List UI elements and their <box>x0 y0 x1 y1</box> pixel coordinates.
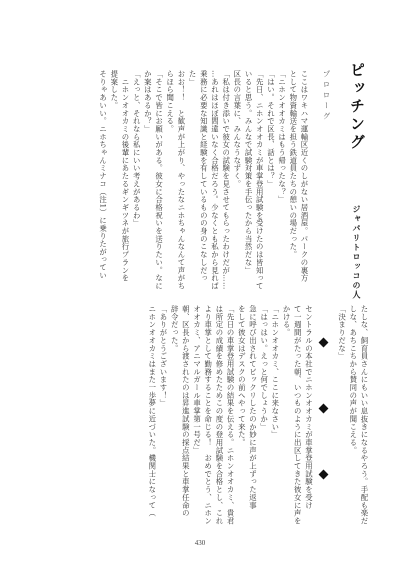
text-column: は所定の成績を修めたためこの度の登用試験を合格とし、これ <box>214 305 225 527</box>
text-column: た」 <box>187 70 198 292</box>
text-column: ニホンオオカミはまた一歩夢に近づいた。機関士になって（ <box>147 305 158 527</box>
text-column: おお！！ と歓声が上がり、やったなニホちゃんなんて声がち <box>176 70 187 292</box>
text-column: ここはワキハマ運輸区近くのしがない居酒屋。パークの裏方 <box>299 70 310 292</box>
diamond-ornament-icon <box>319 404 329 414</box>
diamond-ornament-icon <box>319 338 329 348</box>
text-column: 「ありがとうございます！」 <box>158 305 169 527</box>
text-column: 「先日、ニホンオオカミが車掌登用試験を受けたのは皆知って <box>254 70 265 292</box>
text-column: 朝、区長から渡されたのは昇進試験の採点結果と車掌任命の <box>180 305 191 527</box>
text-column: 乗務に必要な知識と経験を有しているものの身のこなしだっ <box>198 70 209 292</box>
text-column: 区長の言葉に、みんなうなずく。 <box>232 70 243 292</box>
text-column: しな、あちこちから賛同の声が聞こえる。 <box>348 305 359 527</box>
text-column: 「私は付き添いで彼女の試験を見させてもらったわけだが…… <box>221 70 232 292</box>
text-column: 「ニホンオオカミ、ここに来なさい」 <box>270 305 281 527</box>
text-column: か案はあるか？」 <box>142 70 153 292</box>
text-column: 辞令だった。 <box>169 305 180 527</box>
text-column: より車掌として勤務することを命じる！ おめでとう、ニホン <box>203 305 214 527</box>
text-column: 「はっはい。えっと何でしょうか」 <box>259 305 270 527</box>
text-column: 提案した。 <box>109 70 120 292</box>
upper-text-block: ここはワキハマ運輸区近くのしがない居酒屋。パークの裏方 として物資輸送を担う鉄道… <box>97 70 310 292</box>
section-break <box>314 305 336 527</box>
text-column: として物資輸送を担う鉄道員たちの憩いの場だった。 <box>288 70 299 292</box>
text-column: ニホンオオカミの後輩にあたるギンギツネが旅行プランを <box>120 70 131 292</box>
text-column: て一週間がたった朝、いつものように出区してきた彼女に声を <box>292 305 303 527</box>
page-number: 430 <box>0 539 400 547</box>
text-column: らほら聞こえる。 <box>165 70 176 292</box>
text-column: 「そこで皆にお願いがある。彼女に合格祝いを送りたい。なに <box>153 70 164 292</box>
text-column: …あれはほぼ間違いなく合格だろう。少なくとも私から見れば <box>209 70 220 292</box>
chapter-title: ピッチング <box>347 62 368 152</box>
text-column: いると思う。みんなで試験対策を手伝ったから当然だな」 <box>243 70 254 292</box>
diamond-ornament-icon <box>319 470 329 480</box>
text-column: 「ニホンオオカミはもう帰ったな？」 <box>276 70 287 292</box>
text-column: たしな、飼育員さんにもいい息抜きになるやろう。手配も楽だ <box>359 305 370 527</box>
text-column: 「先日の車掌登用試験の結果を伝える。ニホンオオカミ、貴君 <box>225 305 236 527</box>
lower-text-block: たしな、飼育員さんにもいい息抜きになるやろう。手配も楽だ しな、あちこちから賛同… <box>147 305 370 527</box>
text-column: そりゃあいい。ニホちゃんミナコ（注1）に乗りたがってい <box>97 70 108 292</box>
text-column: 急に呼び出されてビックリしたのか妙に声が上ずった返事 <box>247 305 258 527</box>
text-column: かける。 <box>281 305 292 527</box>
text-column: 「決まりだな」 <box>336 305 347 527</box>
text-column: 「はい。それで区長、話とは？」 <box>265 70 276 292</box>
section-subtitle: プロローグ <box>321 70 332 123</box>
text-column: オオカミ、アニマルガール車掌第一号だ」 <box>191 305 202 527</box>
text-column: 「えっと、それなら私にいい考えがあるわ」 <box>131 70 142 292</box>
text-column: をして彼女はデスクの前へやって来た。 <box>236 305 247 527</box>
text-column: セントラルの本社でニホンオオカミが車掌登用試験を受け <box>303 305 314 527</box>
author-name: ジャパリトロッコの人 <box>351 205 362 300</box>
book-page: ピッチング プロローグ ジャパリトロッコの人 ここはワキハマ運輸区近くのしがない… <box>0 0 400 565</box>
